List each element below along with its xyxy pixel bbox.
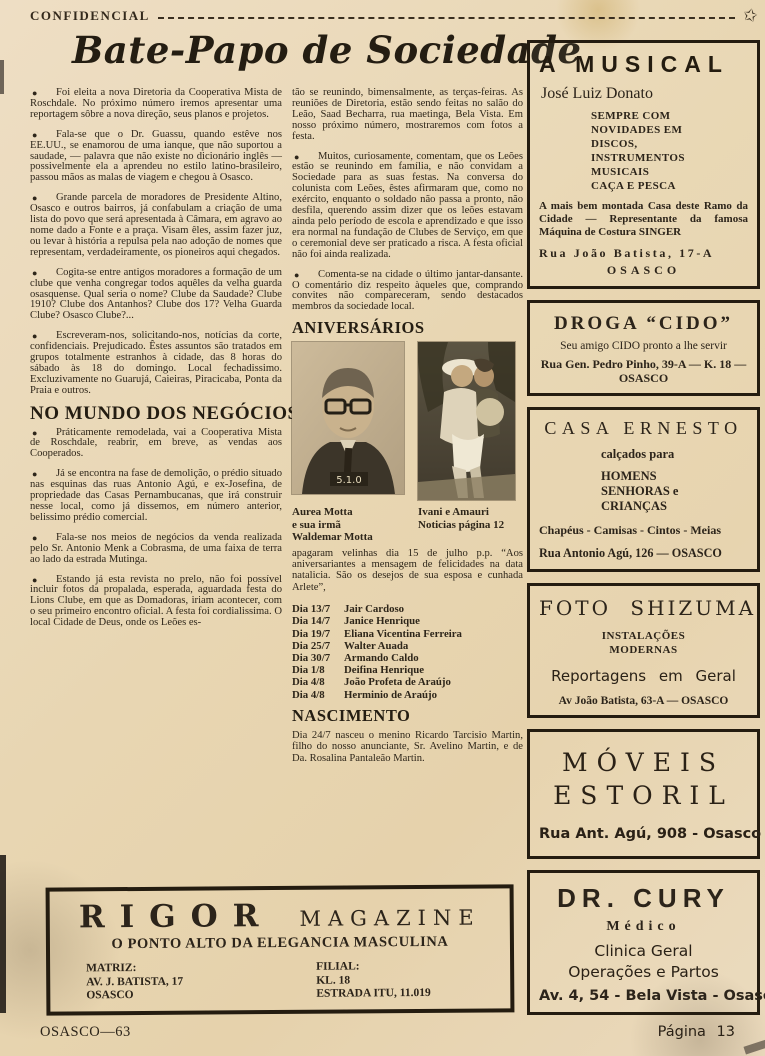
- birthday-name: Janice Henrique: [344, 615, 420, 627]
- ad-title: ESTORIL: [539, 779, 748, 812]
- ad-line: MUSICAIS: [591, 165, 748, 179]
- ad-filial: FILIAL: KL. 18 ESTRADA ITU, 11.019: [316, 960, 431, 1001]
- caption-right: Ivani e Amauri Noticias página 12: [418, 506, 518, 544]
- ad-title: A MUSICAL: [539, 51, 748, 78]
- ad-moveis-estoril: MÓVEIS ESTORIL Rua Ant. Agú, 908 - Osasc…: [527, 729, 760, 859]
- bullet-icon: ●: [32, 193, 37, 204]
- list-item: Dia 14/7Janice Henrique: [292, 615, 523, 627]
- birthday-name: Armando Caldo: [344, 652, 419, 664]
- ad-dr-cury: DR. CURY Médico Clinica Geral Operações …: [527, 870, 760, 1015]
- ad-line: calçados para: [601, 447, 748, 462]
- ad-product-list: HOMENS SENHORAS e CRIANÇAS: [601, 469, 748, 514]
- paragraph-text: Escreveram-nos, solicitando-nos, notícia…: [30, 331, 282, 396]
- section-heading-negocios: NO MUNDO DOS NEGÓCIOS: [30, 409, 282, 420]
- aniversarios-text: apagaram velinhas dia 15 de julho p.p. “…: [292, 548, 523, 594]
- section-heading-nascimento: NASCIMENTO: [292, 711, 523, 722]
- bullet-icon: ●: [32, 469, 37, 480]
- list-item: Dia 13/7Jair Cardoso: [292, 603, 523, 615]
- ad-tagline: Seu amigo CIDO pronto a lhe servir: [539, 340, 748, 353]
- ad-label: FILIAL:: [316, 960, 430, 974]
- birthday-date: Dia 13/7: [292, 603, 344, 615]
- confidential-label: CONFIDENCIAL: [30, 8, 150, 24]
- caption-left: Aurea Motta e sua irmã Waldemar Motta: [292, 506, 404, 544]
- birthday-list: Dia 13/7Jair Cardoso Dia 14/7Janice Henr…: [292, 603, 523, 701]
- ad-title-row: RIGOR MAGAZINE: [64, 896, 496, 935]
- photo-aurea-motta: 5.1.0: [292, 342, 404, 494]
- ad-blurb: A mais bem montada Casa deste Ramo da Ci…: [539, 200, 748, 239]
- paragraph-text: Cogita-se entre antigos moradores a form…: [30, 268, 282, 323]
- paragraph: ● Comenta-se na cidade o último jantar-d…: [292, 270, 523, 314]
- bullet-icon: ●: [32, 130, 37, 141]
- paragraph-text: Comenta-se na cidade o último jantar-dan…: [292, 270, 523, 314]
- ad-line: Clinica Geral: [539, 941, 748, 962]
- ad-title-secondary: MAGAZINE: [299, 906, 480, 931]
- paragraph: ● Práticamente remodelada, vai a Coopera…: [30, 428, 282, 461]
- ad-line: MODERNAS: [539, 644, 748, 658]
- ad-address: ESTRADA ITU, 11.019: [316, 987, 430, 1001]
- bullet-icon: ●: [32, 331, 37, 342]
- photo-captions: Aurea Motta e sua irmã Waldemar Motta Iv…: [292, 506, 523, 544]
- birthday-date: Dia 14/7: [292, 615, 344, 627]
- list-item: Dia 30/7Armando Caldo: [292, 652, 523, 664]
- paragraph: ● Muitos, curiosamente, comentam, que os…: [292, 152, 523, 261]
- ad-title: RIGOR: [79, 898, 274, 935]
- bullet-icon: ●: [294, 152, 299, 163]
- paragraph-text: Fala-se nos meios de negócios da venda r…: [30, 533, 282, 566]
- ad-a-musical: A MUSICAL José Luiz Donato SEMPRE COM NO…: [527, 40, 760, 289]
- ad-line: CAÇA E PESCA: [591, 179, 748, 193]
- bullet-icon: ●: [32, 268, 37, 279]
- ad-droga-cido: DROGA “CIDO” Seu amigo CIDO pronto a lhe…: [527, 300, 760, 396]
- birthday-date: Dia 19/7: [292, 628, 344, 640]
- ad-line: INSTRUMENTOS: [591, 151, 748, 165]
- paragraph-text: Práticamente remodelada, vai a Cooperati…: [30, 428, 282, 461]
- ad-service: Reportagens em Geral: [539, 667, 748, 685]
- page-title: Bate-Papo de Sociedade: [72, 28, 582, 72]
- birthday-date: Dia 4/8: [292, 689, 344, 701]
- photo-ivani-amauri: [418, 342, 515, 500]
- birthday-date: Dia 30/7: [292, 652, 344, 664]
- page-header: CONFIDENCIAL ✩: [30, 6, 757, 26]
- ad-address: KL. 18: [316, 973, 430, 987]
- caption-line: Ivani e Amauri: [418, 506, 518, 519]
- ad-address: Rua João Batista, 17-A: [539, 246, 748, 261]
- section-heading-aniversarios: ANIVERSÁRIOS: [292, 323, 523, 334]
- list-item: Dia 1/8Deifina Henrique: [292, 664, 523, 676]
- scan-artifact: [743, 1038, 765, 1055]
- list-item: Dia 25/7Walter Auada: [292, 640, 523, 652]
- birthday-name: João Profeta de Araújo: [344, 676, 451, 688]
- magazine-page: CONFIDENCIAL ✩ Bate-Papo de Sociedade ● …: [0, 0, 765, 1056]
- birthday-name: Walter Auada: [344, 640, 408, 652]
- column-right: tão se reunindo, bimensalmente, as terça…: [292, 88, 523, 764]
- paragraph-text: Grande parcela de moradores de President…: [30, 193, 282, 258]
- star-icon: ✩: [741, 5, 759, 28]
- paragraph-text: Já se encontra na fase de demolição, o p…: [30, 469, 282, 524]
- ad-address: Rua Gen. Pedro Pinho, 39-A — K. 18 — OSA…: [539, 357, 748, 385]
- ad-line: CRIANÇAS: [601, 499, 748, 514]
- paragraph: ● Fala-se nos meios de negócios da venda…: [30, 533, 282, 566]
- paragraph: ● Foi eleita a nova Diretoria da Coopera…: [30, 88, 282, 121]
- ad-product-list: SEMPRE COM NOVIDADES EM DISCOS, INSTRUME…: [591, 109, 748, 193]
- ad-matriz: MATRIZ: AV. J. BATISTA, 17 OSASCO: [86, 961, 316, 1003]
- birthday-date: Dia 4/8: [292, 676, 344, 688]
- bullet-icon: ●: [32, 575, 37, 586]
- column-left: ● Foi eleita a nova Diretoria da Coopera…: [30, 88, 282, 638]
- ad-rigor-magazine: RIGOR MAGAZINE O PONTO ALTO DA ELEGANCIA…: [46, 884, 515, 1015]
- paragraph-text: Muitos, curiosamente, comentam, que os L…: [292, 152, 523, 261]
- ad-title: FOTO SHIZUMA: [539, 596, 748, 620]
- ad-casa-ernesto: CASA ERNESTO calçados para HOMENS SENHOR…: [527, 407, 760, 572]
- birthday-date: Dia 1/8: [292, 664, 344, 676]
- ad-title: DR. CURY: [539, 883, 748, 914]
- ad-feature-list: INSTALAÇÕES MODERNAS: [539, 630, 748, 657]
- bullet-icon: ●: [32, 428, 37, 439]
- caption-line: Aurea Motta: [292, 506, 404, 519]
- ad-line: DISCOS,: [591, 137, 748, 151]
- ad-line: SENHORAS e: [601, 484, 748, 499]
- ad-subtitle: Médico: [539, 919, 748, 935]
- scan-artifact: [0, 60, 4, 94]
- ad-line: HOMENS: [601, 469, 748, 484]
- svg-text:5.1.0: 5.1.0: [336, 475, 361, 486]
- ad-title: DROGA “CIDO”: [539, 313, 748, 335]
- bullet-icon: ●: [32, 88, 37, 99]
- paragraph: ● Fala-se que o Dr. Guassu, quando estêv…: [30, 130, 282, 185]
- page-footer: OSASCO—63 Página 13: [40, 1024, 735, 1041]
- ad-line: SEMPRE COM: [591, 109, 748, 123]
- ad-address: OSASCO: [86, 988, 316, 1003]
- ad-address: Av. 4, 54 - Bela Vista - Osasco: [539, 988, 748, 1004]
- header-dashed-rule: [158, 16, 735, 19]
- paragraph: ● Cogita-se entre antigos moradores a fo…: [30, 268, 282, 323]
- bullet-icon: ●: [294, 270, 299, 281]
- ad-foto-shizuma: FOTO SHIZUMA INSTALAÇÕES MODERNAS Report…: [527, 583, 760, 718]
- paragraph-text: Estando já esta revista no prelo, não fo…: [30, 575, 282, 630]
- caption-line: e sua irmã: [292, 519, 404, 532]
- caption-line: Waldemar Motta: [292, 531, 404, 544]
- ad-addresses: MATRIZ: AV. J. BATISTA, 17 OSASCO FILIAL…: [64, 959, 496, 1003]
- ad-line: INSTALAÇÕES: [539, 630, 748, 644]
- ad-products: Chapéus - Camisas - Cintos - Meias: [539, 523, 748, 538]
- paragraph: ● Estando já esta revista no prelo, não …: [30, 575, 282, 630]
- ad-title: CASA ERNESTO: [539, 418, 748, 439]
- ad-sidebar: A MUSICAL José Luiz Donato SEMPRE COM NO…: [527, 40, 760, 1026]
- ad-address: Rua Antonio Agú, 126 — OSASCO: [539, 546, 748, 561]
- paragraph: ● Escreveram-nos, solicitando-nos, notíc…: [30, 331, 282, 396]
- list-item: Dia 4/8João Profeta de Araújo: [292, 676, 523, 688]
- birthday-name: Eliana Vicentina Ferreira: [344, 628, 462, 640]
- photo-row: 5.1.0: [292, 342, 523, 500]
- paragraph-text: Fala-se que o Dr. Guassu, quando estêve …: [30, 130, 282, 185]
- nascimento-text: Dia 24/7 nasceu o menino Ricardo Tarcisi…: [292, 730, 523, 764]
- birthday-name: Deifina Henrique: [344, 664, 424, 676]
- paragraph-text: Foi eleita a nova Diretoria da Cooperati…: [30, 88, 282, 121]
- birthday-date: Dia 25/7: [292, 640, 344, 652]
- birthday-name: Herminio de Araújo: [344, 689, 437, 701]
- paragraph-continuation: tão se reunindo, bimensalmente, as terça…: [292, 88, 523, 143]
- ad-slogan: O PONTO ALTO DA ELEGANCIA MASCULINA: [64, 933, 496, 953]
- ad-address: Av João Batista, 63-A — OSASCO: [539, 695, 748, 707]
- footer-left: OSASCO—63: [40, 1024, 131, 1041]
- caption-line: Noticias página 12: [418, 519, 518, 532]
- ad-line: Operações e Partos: [539, 962, 748, 983]
- ad-title: MÓVEIS: [539, 746, 748, 779]
- paragraph-text: tão se reunindo, bimensalmente, as terça…: [292, 88, 523, 143]
- list-item: Dia 19/7Eliana Vicentina Ferreira: [292, 628, 523, 640]
- ad-line: NOVIDADES EM: [591, 123, 748, 137]
- birthday-name: Jair Cardoso: [344, 603, 404, 615]
- ad-address: Rua Ant. Agú, 908 - Osasco: [539, 826, 748, 842]
- scan-artifact: [0, 855, 6, 1013]
- paragraph: ● Já se encontra na fase de demolição, o…: [30, 469, 282, 524]
- ad-city: OSASCO: [539, 263, 748, 278]
- ad-owner: José Luiz Donato: [541, 85, 748, 103]
- paragraph: ● Grande parcela de moradores de Preside…: [30, 193, 282, 258]
- list-item: Dia 4/8Herminio de Araújo: [292, 689, 523, 701]
- bullet-icon: ●: [32, 533, 37, 544]
- page-number: Página 13: [658, 1024, 735, 1041]
